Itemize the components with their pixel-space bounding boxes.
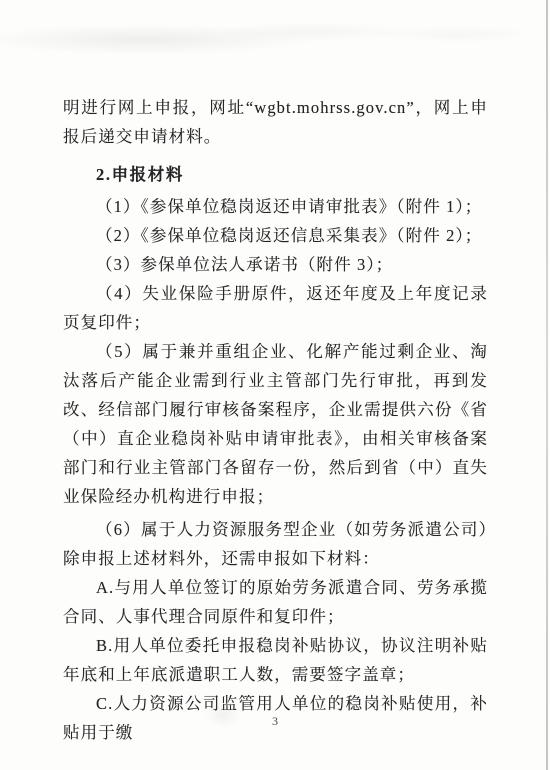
page-footer: 3 xyxy=(0,712,550,730)
paragraph-continuation: 明进行网上申报，网址“wgbt.mohrss.gov.cn”，网上申报后递交申请… xyxy=(63,93,488,151)
list-item-1: （1）《参保单位稳岗返还申请审批表》（附件 1）； xyxy=(63,192,488,221)
sub-item-a: A.与用人单位签订的原始劳务派遣合同、劳务承揽合同、人事代理合同原件和复印件； xyxy=(63,573,488,631)
list-item-5: （5）属于兼并重组企业、化解产能过剩企业、淘汰落后产能企业需到行业主管部门先行审… xyxy=(63,337,488,511)
scan-edge-line xyxy=(546,0,548,770)
section-heading: 2.申报材料 xyxy=(63,160,488,189)
list-item-2: （2）《参保单位稳岗返还信息采集表》（附件 2）； xyxy=(63,221,488,250)
scan-artifact-top xyxy=(0,12,520,62)
list-item-6: （6）属于人力资源服务型企业（如劳务派遣公司）除申报上述材料外，还需申报如下材料… xyxy=(63,515,488,573)
page-number: 3 xyxy=(272,714,278,728)
scanned-document-page: 明进行网上申报，网址“wgbt.mohrss.gov.cn”，网上申报后递交申请… xyxy=(0,0,550,770)
list-item-3: （3）参保单位法人承诺书（附件 3）； xyxy=(63,250,488,279)
document-body: 明进行网上申报，网址“wgbt.mohrss.gov.cn”，网上申报后递交申请… xyxy=(63,93,488,747)
sub-item-b: B.用人单位委托申报稳岗补贴协议，协议注明补贴年底和上年底派遣职工人数，需要签字… xyxy=(63,631,488,689)
list-item-4: （4）失业保险手册原件，返还年度及上年度记录页复印件； xyxy=(63,279,488,337)
